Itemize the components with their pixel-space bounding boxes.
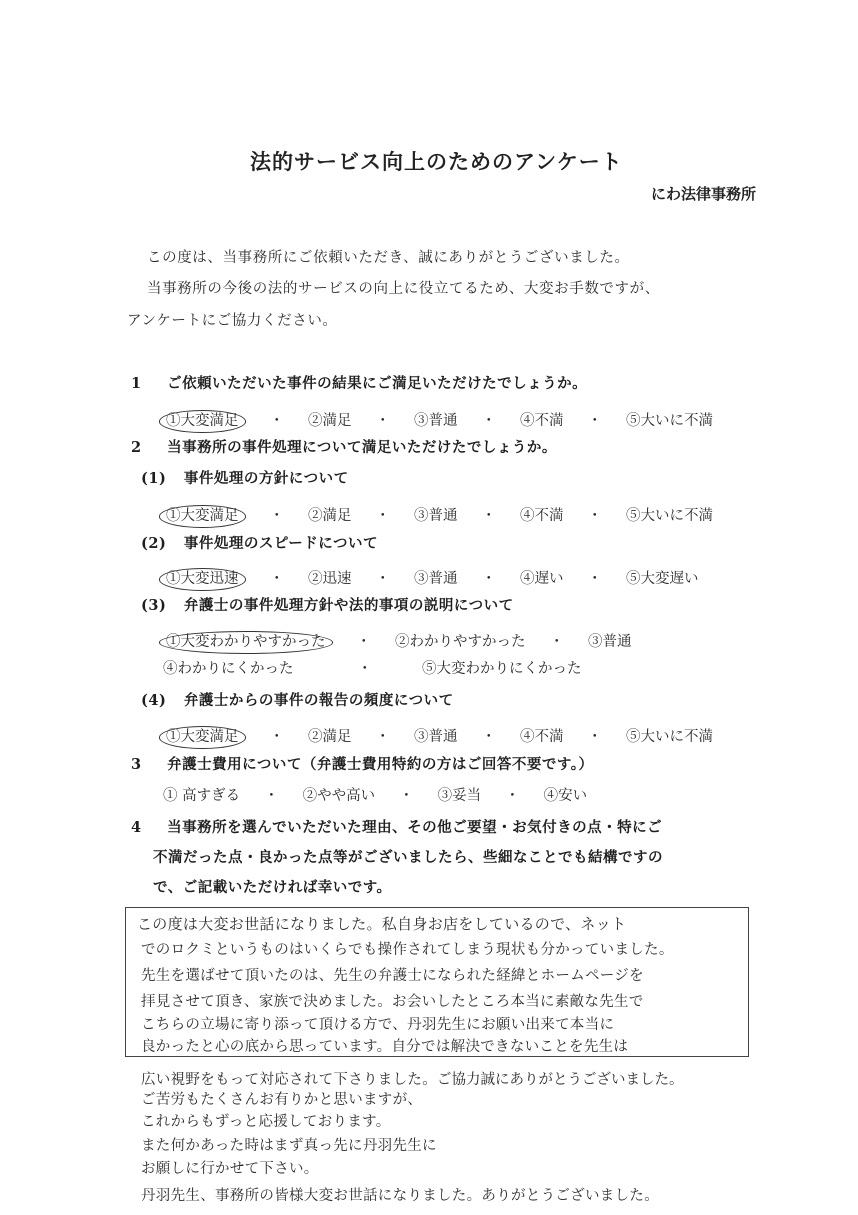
- q1-option-2[interactable]: ②満足: [308, 414, 352, 429]
- question-4-line-3: で、ご記載いただければ幸いです。: [153, 881, 392, 896]
- sub-question-text: 事件処理の方針について: [184, 470, 349, 487]
- separator: ・: [399, 789, 414, 804]
- separator: ・: [376, 509, 391, 524]
- q2-4-option-2[interactable]: ②満足: [308, 730, 352, 745]
- sub-question-text: 弁護士からの事件の報告の頻度について: [184, 692, 454, 709]
- q2-4-options: ①大変満足・②満足・③普通・④不満・⑤大いに不満: [166, 726, 713, 749]
- question-text: 当事務所の事件処理について満足いただけたでしょうか。: [167, 439, 557, 456]
- q2-2-option-3[interactable]: ③普通: [414, 572, 458, 587]
- survey-title: 法的サービス向上のためのアンケート: [250, 151, 623, 172]
- separator: ・: [482, 730, 497, 745]
- q1-option-3[interactable]: ③普通: [414, 414, 458, 429]
- comment-line-4: 拝見させて頂き、家族で決めました。お会いしたところ本当に素敵な先生で: [141, 995, 644, 1010]
- separator: ・: [505, 789, 520, 804]
- comment-line-12: 丹羽先生、事務所の皆様大変お世話になりました。ありがとうございました。: [141, 1189, 659, 1204]
- q2-3-option-5[interactable]: ⑤大変わかりにくかった: [422, 662, 582, 677]
- q3-option-3[interactable]: ③妥当: [438, 789, 482, 804]
- comment-line-3: 先生を選ばせて頂いたのは、先生の弁護士になられた経緯とホームページを: [141, 969, 644, 984]
- q2-2-option-2[interactable]: ②迅速: [308, 572, 352, 587]
- separator: ・: [588, 572, 603, 587]
- separator: ・: [588, 730, 603, 745]
- question-text: ご依頼いただいた事件の結果にご満足いただけたでしょうか。: [167, 375, 587, 392]
- separator: ・: [588, 414, 603, 429]
- sub-question-text: 弁護士の事件処理方針や法的事項の説明について: [184, 597, 514, 614]
- q2-1-option-2[interactable]: ②満足: [308, 509, 352, 524]
- question-2: 2 当事務所の事件処理について満足いただけたでしょうか。: [131, 441, 557, 456]
- q1-option-1-selected[interactable]: ①大変満足: [159, 410, 246, 433]
- q3-option-4[interactable]: ④安い: [544, 789, 588, 804]
- q2-1-option-5[interactable]: ⑤大いに不満: [626, 509, 713, 524]
- q1-options: ①大変満足・②満足・③普通・④不満・⑤大いに不満: [166, 410, 713, 433]
- separator: ・: [482, 572, 497, 587]
- comment-line-5: こちらの立場に寄り添って頂ける方で、丹羽先生にお願い出来て本当に: [141, 1018, 614, 1033]
- q1-option-4[interactable]: ④不満: [520, 414, 564, 429]
- question-1: 1 ご依頼いただいた事件の結果にご満足いただけたでしょうか。: [131, 377, 587, 392]
- sub-question-text: 事件処理のスピードについて: [184, 535, 378, 552]
- separator: ・: [264, 789, 279, 804]
- separator: ・: [376, 414, 391, 429]
- comment-line-8: ご苦労もたくさんお有りかと思いますが、: [141, 1093, 422, 1108]
- comment-line-10: また何かあった時はまず真っ先に丹羽先生に: [141, 1139, 437, 1154]
- q2-4-option-5[interactable]: ⑤大いに不満: [626, 730, 713, 745]
- comment-line-2: でのロクミというものはいくらでも操作されてしまう現状も分かっていました。: [141, 943, 674, 958]
- law-office-name: にわ法律事務所: [651, 187, 756, 202]
- separator: ・: [376, 730, 391, 745]
- q2-4-option-1-selected[interactable]: ①大変満足: [159, 726, 246, 749]
- intro-line-1: この度は、当事務所にご依頼いただき、誠にありがとうございました。: [147, 251, 630, 266]
- q2-2-option-5[interactable]: ⑤大変遅い: [626, 572, 699, 587]
- question-number: 4: [131, 819, 142, 836]
- separator: ・: [550, 635, 565, 650]
- question-4-line-2: 不満だった点・良かった点等がございましたら、些細なことでも結構ですの: [153, 851, 663, 866]
- comment-line-7: 広い視野をもって対応されて下さりました。: [141, 1072, 437, 1088]
- separator: ・: [588, 509, 603, 524]
- q2-3-option-3[interactable]: ③普通: [588, 635, 632, 650]
- q2-3-options-row-2: ④わかりにくかった・⑤大変わかりにくかった: [163, 662, 582, 677]
- sub-question-number: (1): [141, 470, 166, 487]
- q2-2-options: ①大変迅速・②迅速・③普通・④遅い・⑤大変遅い: [166, 568, 699, 591]
- question-3: 3 弁護士費用について（弁護士費用特約の方はご回答不要です。）: [131, 758, 593, 773]
- q2-3-option-1-selected[interactable]: ①大変わかりやすかった: [159, 631, 333, 654]
- question-4: 4 当事務所を選んでいただいた理由、その他ご要望・お気付きの点・特にご: [131, 821, 662, 836]
- q2-4-option-4[interactable]: ④不満: [520, 730, 564, 745]
- q2-2-option-4[interactable]: ④遅い: [520, 572, 564, 587]
- question-2-4: (4) 弁護士からの事件の報告の頻度について: [141, 694, 454, 709]
- q1-option-5[interactable]: ⑤大いに不満: [626, 414, 713, 429]
- printed-thanks: ご協力誠にありがとうございました。: [437, 1072, 684, 1088]
- question-2-1: (1) 事件処理の方針について: [141, 472, 349, 487]
- q3-option-2[interactable]: ②やや高い: [303, 789, 376, 804]
- comment-line-9: これからもずっと応援しております。: [141, 1115, 391, 1130]
- q2-1-option-3[interactable]: ③普通: [414, 509, 458, 524]
- q2-3-options-row-1: ①大変わかりやすかった・②わかりやすかった・③普通: [166, 631, 632, 654]
- sub-question-number: (2): [141, 535, 166, 552]
- separator: ・: [270, 572, 285, 587]
- comment-line-6: 良かったと心の底から思っています。自分では解決できないことを先生は: [141, 1040, 628, 1055]
- q2-1-option-4[interactable]: ④不満: [520, 509, 564, 524]
- q2-4-option-3[interactable]: ③普通: [414, 730, 458, 745]
- intro-line-3: アンケートにご協力ください。: [127, 314, 338, 329]
- question-text: 弁護士費用について（弁護士費用特約の方はご回答不要です。）: [167, 756, 593, 773]
- comment-continuation-row: 広い視野をもって対応されて下さりました。ご協力誠にありがとうございました。: [141, 1071, 684, 1088]
- separator: ・: [270, 414, 285, 429]
- q2-3-option-4[interactable]: ④わかりにくかった: [163, 662, 294, 677]
- q2-2-option-1-selected[interactable]: ①大変迅速: [159, 568, 246, 591]
- separator: ・: [358, 662, 373, 677]
- question-number: 3: [131, 756, 142, 773]
- separator: ・: [270, 509, 285, 524]
- q3-options: ① 高すぎる・②やや高い・③妥当・④安い: [163, 789, 587, 804]
- comment-line-1: この度は大変お世話になりました。私自身お店をしているので、ネット: [137, 917, 626, 932]
- question-2-3: (3) 弁護士の事件処理方針や法的事項の説明について: [141, 599, 514, 614]
- q3-option-1[interactable]: ① 高すぎる: [163, 789, 240, 804]
- question-number: 2: [131, 439, 142, 456]
- separator: ・: [270, 730, 285, 745]
- separator: ・: [482, 414, 497, 429]
- q2-3-option-2[interactable]: ②わかりやすかった: [395, 635, 526, 650]
- sub-question-number: (4): [141, 692, 166, 709]
- question-text-line-1: 当事務所を選んでいただいた理由、その他ご要望・お気付きの点・特にご: [167, 819, 662, 836]
- separator: ・: [482, 509, 497, 524]
- intro-line-2: 当事務所の今後の法的サービスの向上に役立てるため、大変お手数ですが、: [147, 282, 660, 297]
- q2-1-options: ①大変満足・②満足・③普通・④不満・⑤大いに不満: [166, 505, 713, 528]
- comment-line-11: お願しに行かせて下さい。: [141, 1162, 319, 1177]
- separator: ・: [357, 635, 372, 650]
- q2-1-option-1-selected[interactable]: ①大変満足: [159, 505, 246, 528]
- question-number: 1: [131, 375, 142, 392]
- sub-question-number: (3): [141, 597, 166, 614]
- question-2-2: (2) 事件処理のスピードについて: [141, 537, 378, 552]
- separator: ・: [376, 572, 391, 587]
